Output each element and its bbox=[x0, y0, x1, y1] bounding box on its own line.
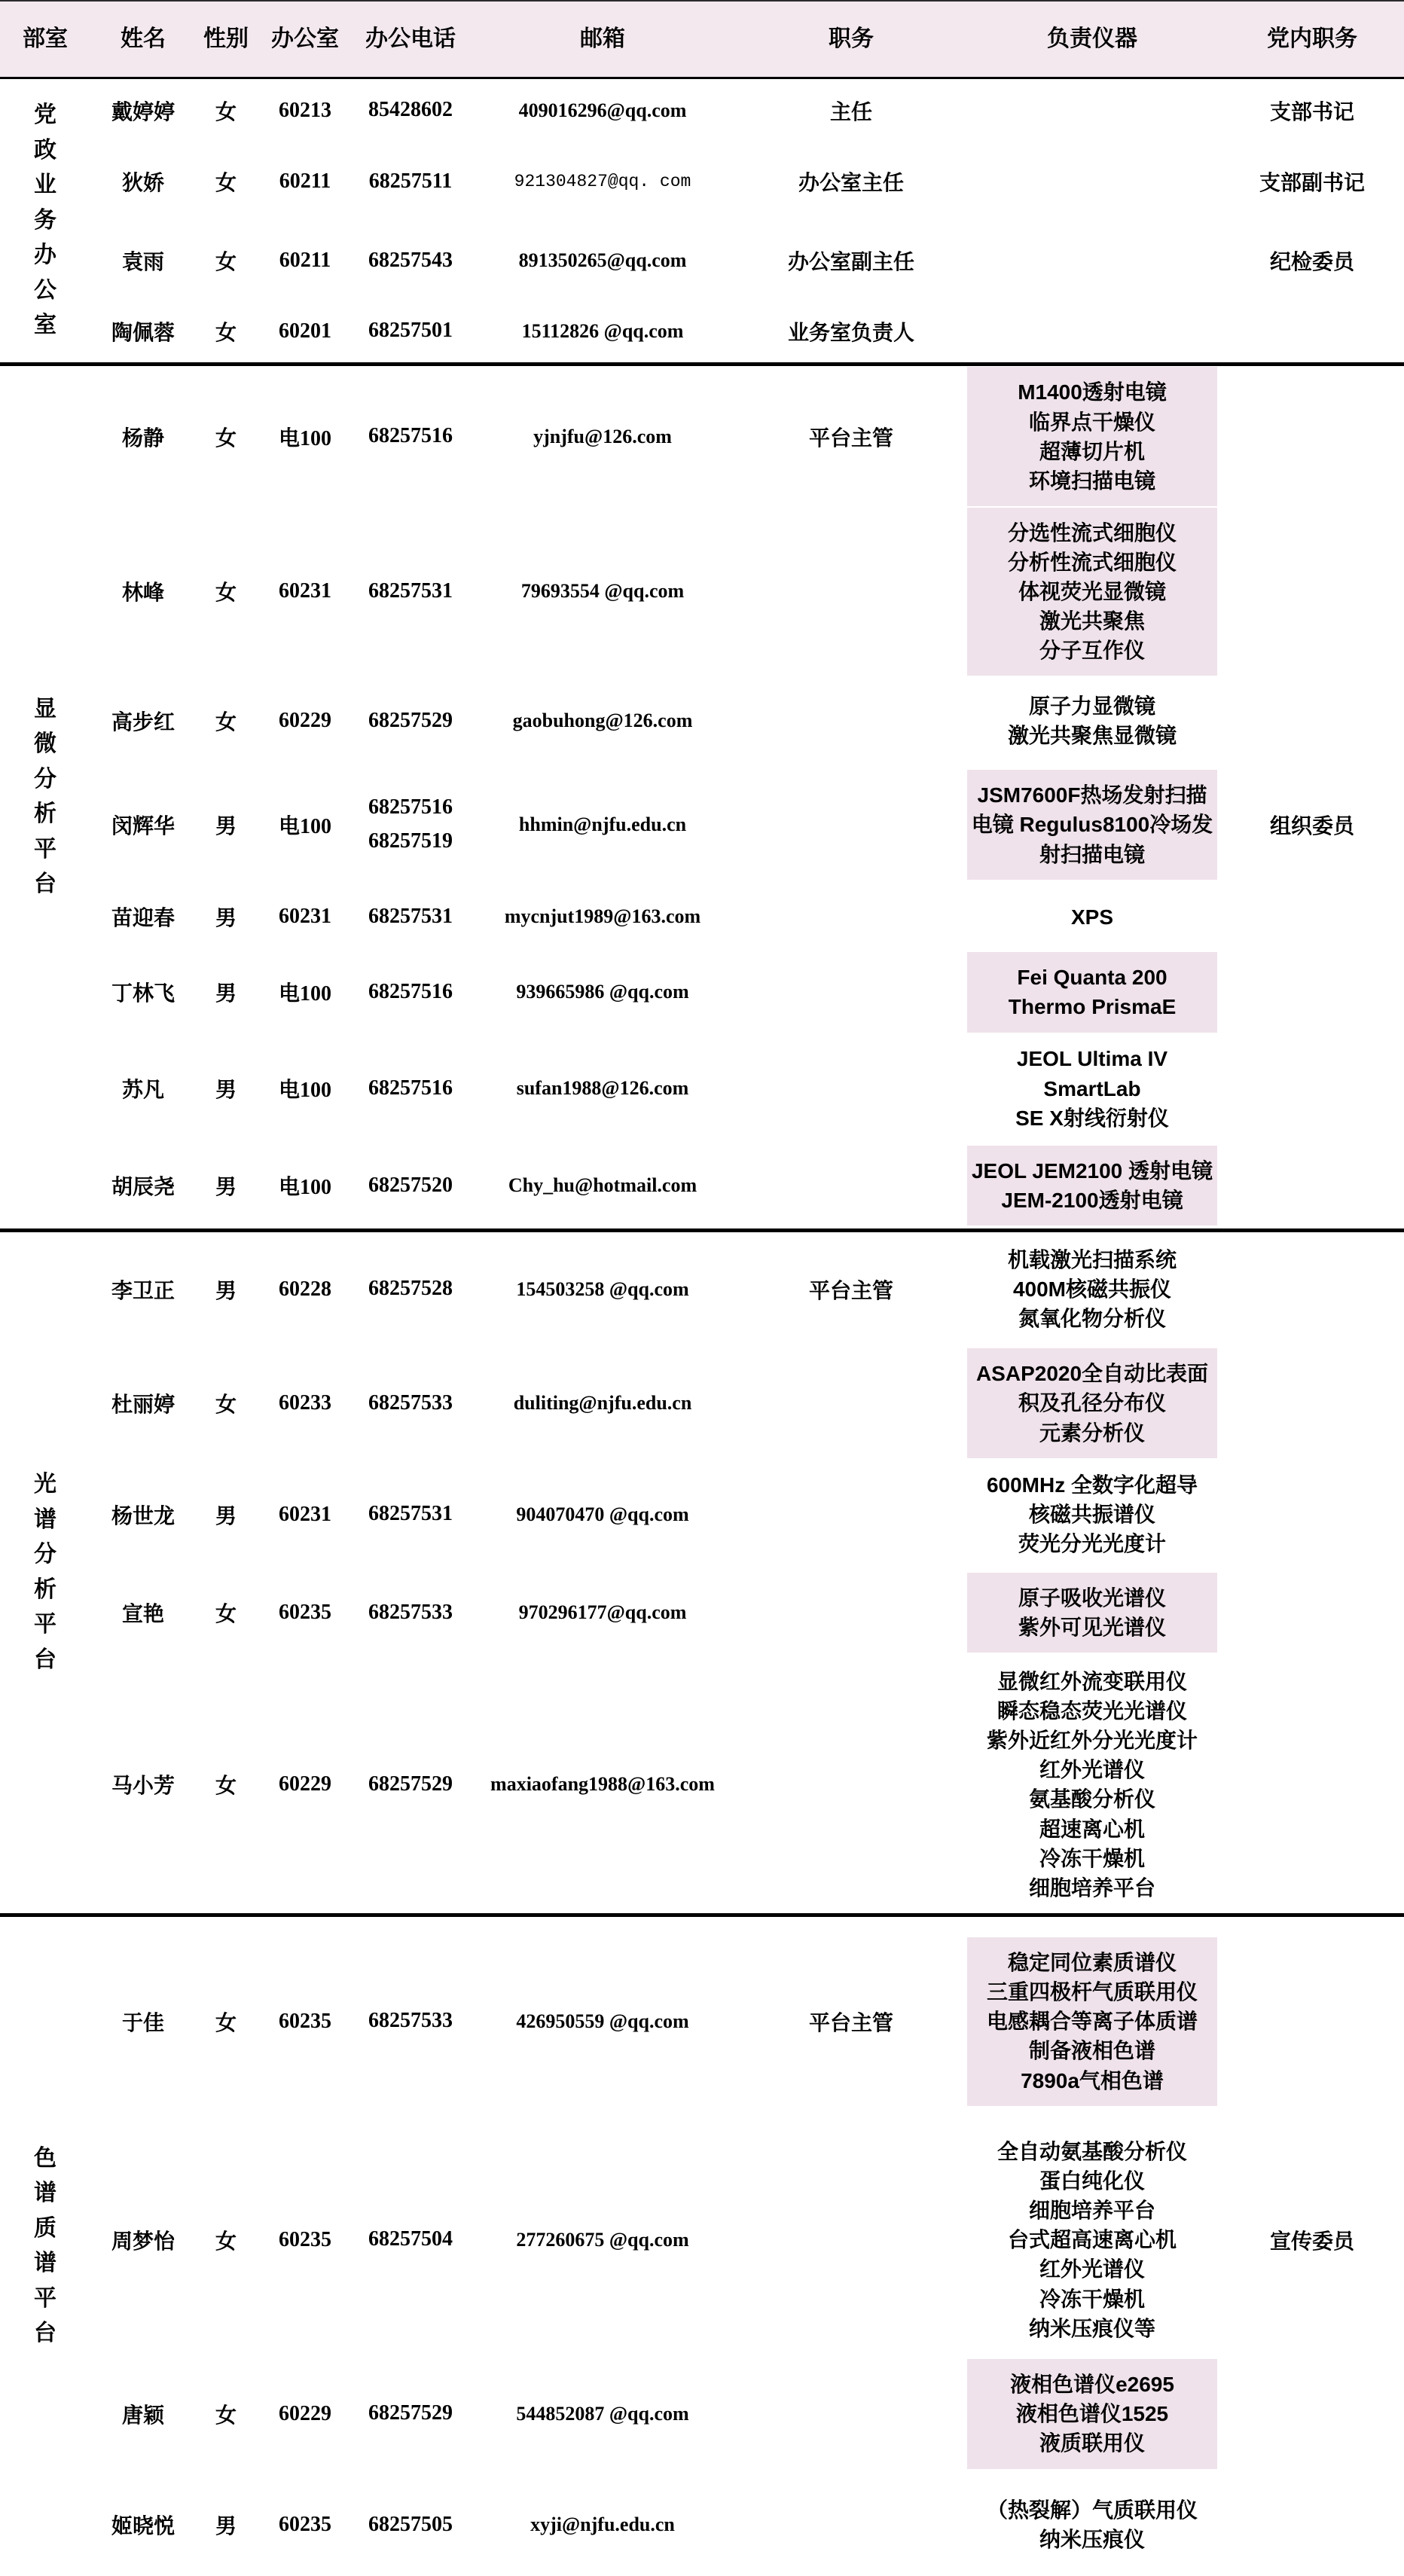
instruments-cell: JEOL JEM2100 透射电镜 JEM-2100透射电镜 bbox=[964, 1143, 1220, 1230]
gender: 女 bbox=[196, 2354, 256, 2474]
gender: 女 bbox=[196, 1347, 256, 1460]
table-row: 色谱质谱平台于佳女6023568257533426950559 @qq.com平… bbox=[0, 1915, 1404, 2126]
staff-name: 戴婷婷 bbox=[90, 78, 196, 142]
header-instruments: 负责仪器 bbox=[964, 1, 1220, 78]
instruments-list: XPS bbox=[967, 892, 1217, 942]
header-duty: 职务 bbox=[738, 1, 964, 78]
office-phone: 68257516 bbox=[354, 951, 467, 1033]
office-room: 60211 bbox=[256, 142, 354, 221]
office-phone: 68257516 bbox=[354, 365, 467, 508]
instruments-cell bbox=[964, 78, 1220, 142]
staff-name: 狄娇 bbox=[90, 142, 196, 221]
gender: 女 bbox=[196, 78, 256, 142]
email: Chy_hu@hotmail.com bbox=[467, 1143, 738, 1230]
duty: 平台主管 bbox=[738, 1230, 964, 1347]
instruments-list bbox=[967, 171, 1217, 192]
email: sufan1988@126.com bbox=[467, 1033, 738, 1143]
instruments-list bbox=[967, 321, 1217, 342]
header-department: 部室 bbox=[0, 1, 90, 78]
table-row: 林峰女602316825753179693554 @qq.com分选性流式细胞仪… bbox=[0, 508, 1404, 676]
email: 970296177@qq.com bbox=[467, 1570, 738, 1656]
party-duty bbox=[1220, 883, 1404, 951]
department-cell: 党政业务办公室 bbox=[0, 78, 90, 365]
instruments-cell: JEOL Ultima IV SmartLab SE X射线衍射仪 bbox=[964, 1033, 1220, 1143]
duty: 办公室副主任 bbox=[738, 221, 964, 301]
email: maxiaofang1988@163.com bbox=[467, 1656, 738, 1915]
instruments-cell: 600MHz 全数字化超导 核磁共振谱仪 荧光分光光度计 bbox=[964, 1460, 1220, 1570]
gender: 男 bbox=[196, 1460, 256, 1570]
gender: 男 bbox=[196, 766, 256, 883]
office-room: 60228 bbox=[256, 1230, 354, 1347]
table-row: 显微分析平台杨静女电10068257516yjnjfu@126.com平台主管M… bbox=[0, 365, 1404, 508]
party-duty bbox=[1220, 365, 1404, 508]
staff-name: 苏凡 bbox=[90, 1033, 196, 1143]
staff-name: 丁林飞 bbox=[90, 951, 196, 1033]
office-room: 60231 bbox=[256, 883, 354, 951]
department-cell: 光谱分析平台 bbox=[0, 1230, 90, 1915]
office-phone: 85428602 bbox=[354, 78, 467, 142]
table-row: 光谱分析平台李卫正男6022868257528154503258 @qq.com… bbox=[0, 1230, 1404, 1347]
office-phone: 68257504 bbox=[354, 2126, 467, 2354]
duty: 平台主管 bbox=[738, 365, 964, 508]
gender: 男 bbox=[196, 1033, 256, 1143]
party-duty bbox=[1220, 676, 1404, 766]
office-phone: 68257531 bbox=[354, 1460, 467, 1570]
office-room: 电100 bbox=[256, 1033, 354, 1143]
instruments-list: JEOL Ultima IV SmartLab SE X射线衍射仪 bbox=[967, 1033, 1217, 1143]
office-phone: 68257505 bbox=[354, 2474, 467, 2576]
instruments-list: 机载激光扫描系统 400M核磁共振仪 氮氧化物分析仪 bbox=[967, 1235, 1217, 1344]
table-row: 陶佩蓉女602016825750115112826 @qq.com业务室负责人 bbox=[0, 301, 1404, 365]
party-duty bbox=[1220, 1570, 1404, 1656]
department-label: 显微分析平台 bbox=[32, 692, 59, 902]
party-duty: 支部副书记 bbox=[1220, 142, 1404, 221]
gender: 女 bbox=[196, 142, 256, 221]
staff-name: 闵辉华 bbox=[90, 766, 196, 883]
staff-name: 袁雨 bbox=[90, 221, 196, 301]
office-room: 60235 bbox=[256, 2126, 354, 2354]
email: 154503258 @qq.com bbox=[467, 1230, 738, 1347]
email: 544852087 @qq.com bbox=[467, 2354, 738, 2474]
table-row: 周梦怡女6023568257504277260675 @qq.com全自动氨基酸… bbox=[0, 2126, 1404, 2354]
gender: 女 bbox=[196, 508, 256, 676]
party-duty: 支部书记 bbox=[1220, 78, 1404, 142]
instruments-cell: （热裂解）气质联用仪 纳米压痕仪 bbox=[964, 2474, 1220, 2576]
email: 409016296@qq.com bbox=[467, 78, 738, 142]
office-phone: 68257529 bbox=[354, 2354, 467, 2474]
instruments-cell: 原子力显微镜 激光共聚焦显微镜 bbox=[964, 676, 1220, 766]
table-row: 杜丽婷女6023368257533duliting@njfu.edu.cnASA… bbox=[0, 1347, 1404, 1460]
office-phone: 68257533 bbox=[354, 1347, 467, 1460]
party-duty: 纪检委员 bbox=[1220, 221, 1404, 301]
instruments-list: JSM7600F热场发射扫描 电镜 Regulus8100冷场发 射扫描电镜 bbox=[967, 770, 1217, 880]
table-row: 闵辉华男电10068257516 68257519hhmin@njfu.edu.… bbox=[0, 766, 1404, 883]
instruments-list: （热裂解）气质联用仪 纳米压痕仪 bbox=[967, 2485, 1217, 2565]
party-duty bbox=[1220, 1656, 1404, 1915]
duty bbox=[738, 2474, 964, 2576]
department-cell: 色谱质谱平台 bbox=[0, 1915, 90, 2576]
department-section: 色谱质谱平台于佳女6023568257533426950559 @qq.com平… bbox=[0, 1915, 1404, 2576]
instruments-cell bbox=[964, 301, 1220, 365]
department-label: 色谱质谱平台 bbox=[32, 2141, 59, 2352]
staff-name: 杨世龙 bbox=[90, 1460, 196, 1570]
instruments-cell: 显微红外流变联用仪 瞬态稳态荧光光谱仪 紫外近红外分光光度计 红外光谱仪 氨基酸… bbox=[964, 1656, 1220, 1915]
duty bbox=[738, 2354, 964, 2474]
instruments-cell: Fei Quanta 200 Thermo PrismaE bbox=[964, 951, 1220, 1033]
staff-name: 马小芳 bbox=[90, 1656, 196, 1915]
staff-name: 陶佩蓉 bbox=[90, 301, 196, 365]
office-phone: 68257528 bbox=[354, 1230, 467, 1347]
table-row: 胡辰尧男电10068257520Chy_hu@hotmail.comJEOL J… bbox=[0, 1143, 1404, 1230]
staff-name: 于佳 bbox=[90, 1915, 196, 2126]
office-room: 电100 bbox=[256, 951, 354, 1033]
duty bbox=[738, 1143, 964, 1230]
header-gender: 性别 bbox=[196, 1, 256, 78]
staff-name: 林峰 bbox=[90, 508, 196, 676]
staff-name: 苗迎春 bbox=[90, 883, 196, 951]
office-phone: 68257511 bbox=[354, 142, 467, 221]
email: 904070470 @qq.com bbox=[467, 1460, 738, 1570]
table-row: 狄娇女6021168257511921304827@qq. com办公室主任支部… bbox=[0, 142, 1404, 221]
gender: 女 bbox=[196, 301, 256, 365]
gender: 男 bbox=[196, 951, 256, 1033]
staff-name: 姬晓悦 bbox=[90, 2474, 196, 2576]
office-room: 60201 bbox=[256, 301, 354, 365]
instruments-cell: JSM7600F热场发射扫描 电镜 Regulus8100冷场发 射扫描电镜 bbox=[964, 766, 1220, 883]
office-room: 60229 bbox=[256, 2354, 354, 2474]
office-phone: 68257531 bbox=[354, 508, 467, 676]
instruments-cell: 机载激光扫描系统 400M核磁共振仪 氮氧化物分析仪 bbox=[964, 1230, 1220, 1347]
staff-name: 唐颖 bbox=[90, 2354, 196, 2474]
office-phone: 68257531 bbox=[354, 883, 467, 951]
instruments-cell: 稳定同位素质谱仪 三重四极杆气质联用仪 电感耦合等离子体质谱 制备液相色谱 78… bbox=[964, 1915, 1220, 2126]
table-row: 袁雨女6021168257543891350265@qq.com办公室副主任纪检… bbox=[0, 221, 1404, 301]
instruments-list: 原子力显微镜 激光共聚焦显微镜 bbox=[967, 681, 1217, 761]
office-phone: 68257529 bbox=[354, 1656, 467, 1915]
office-room: 60235 bbox=[256, 1570, 354, 1656]
email: xyji@njfu.edu.cn bbox=[467, 2474, 738, 2576]
table-row: 宣艳女6023568257533970296177@qq.com原子吸收光谱仪 … bbox=[0, 1570, 1404, 1656]
instruments-list: JEOL JEM2100 透射电镜 JEM-2100透射电镜 bbox=[967, 1146, 1217, 1225]
gender: 女 bbox=[196, 676, 256, 766]
instruments-list bbox=[967, 100, 1217, 121]
office-phone: 68257501 bbox=[354, 301, 467, 365]
email: 891350265@qq.com bbox=[467, 221, 738, 301]
office-room: 60231 bbox=[256, 508, 354, 676]
email: 921304827@qq. com bbox=[467, 142, 738, 221]
duty bbox=[738, 1656, 964, 1915]
instruments-cell bbox=[964, 142, 1220, 221]
department-section: 光谱分析平台李卫正男6022868257528154503258 @qq.com… bbox=[0, 1230, 1404, 1915]
instruments-list: 显微红外流变联用仪 瞬态稳态荧光光谱仪 紫外近红外分光光度计 红外光谱仪 氨基酸… bbox=[967, 1656, 1217, 1914]
table-row: 苏凡男电10068257516sufan1988@126.comJEOL Ult… bbox=[0, 1033, 1404, 1143]
email: hhmin@njfu.edu.cn bbox=[467, 766, 738, 883]
instruments-cell bbox=[964, 221, 1220, 301]
office-phone: 68257520 bbox=[354, 1143, 467, 1230]
staff-name: 杨静 bbox=[90, 365, 196, 508]
email: 15112826 @qq.com bbox=[467, 301, 738, 365]
email: yjnjfu@126.com bbox=[467, 365, 738, 508]
duty: 办公室主任 bbox=[738, 142, 964, 221]
header-name: 姓名 bbox=[90, 1, 196, 78]
instruments-list: 全自动氨基酸分析仪 蛋白纯化仪 细胞培养平台 台式超高速离心机 红外光谱仪 冷冻… bbox=[967, 2126, 1217, 2354]
department-section: 显微分析平台杨静女电10068257516yjnjfu@126.com平台主管M… bbox=[0, 365, 1404, 1231]
office-room: 电100 bbox=[256, 1143, 354, 1230]
party-duty bbox=[1220, 2474, 1404, 2576]
header-party-duty: 党内职务 bbox=[1220, 1, 1404, 78]
instruments-cell: 全自动氨基酸分析仪 蛋白纯化仪 细胞培养平台 台式超高速离心机 红外光谱仪 冷冻… bbox=[964, 2126, 1220, 2354]
gender: 女 bbox=[196, 365, 256, 508]
instruments-list: 稳定同位素质谱仪 三重四极杆气质联用仪 电感耦合等离子体质谱 制备液相色谱 78… bbox=[967, 1937, 1217, 2106]
staff-name: 李卫正 bbox=[90, 1230, 196, 1347]
party-duty bbox=[1220, 1033, 1404, 1143]
party-duty bbox=[1220, 1915, 1404, 2126]
table-row: 马小芳女6022968257529maxiaofang1988@163.com显… bbox=[0, 1656, 1404, 1915]
office-phone: 68257516 bbox=[354, 1033, 467, 1143]
office-room: 60229 bbox=[256, 676, 354, 766]
gender: 女 bbox=[196, 221, 256, 301]
header-office: 办公室 bbox=[256, 1, 354, 78]
office-room: 60235 bbox=[256, 2474, 354, 2576]
email: 426950559 @qq.com bbox=[467, 1915, 738, 2126]
office-phone: 68257533 bbox=[354, 1915, 467, 2126]
instruments-list: M1400透射电镜 临界点干燥仪 超薄切片机 环境扫描电镜 bbox=[967, 367, 1217, 506]
office-room: 60229 bbox=[256, 1656, 354, 1915]
office-room: 电100 bbox=[256, 766, 354, 883]
party-duty bbox=[1220, 301, 1404, 365]
duty bbox=[738, 766, 964, 883]
header-email: 邮箱 bbox=[467, 1, 738, 78]
duty bbox=[738, 883, 964, 951]
instruments-cell: 分选性流式细胞仪 分析性流式细胞仪 体视荧光显微镜 激光共聚焦 分子互作仪 bbox=[964, 508, 1220, 676]
department-section: 党政业务办公室戴婷婷女6021385428602409016296@qq.com… bbox=[0, 78, 1404, 365]
party-duty bbox=[1220, 508, 1404, 676]
email: mycnjut1989@163.com bbox=[467, 883, 738, 951]
instruments-list bbox=[967, 250, 1217, 271]
duty bbox=[738, 1347, 964, 1460]
instruments-cell: XPS bbox=[964, 883, 1220, 951]
instruments-list: 原子吸收光谱仪 紫外可见光谱仪 bbox=[967, 1573, 1217, 1653]
email: 79693554 @qq.com bbox=[467, 508, 738, 676]
table-row: 杨世龙男6023168257531904070470 @qq.com600MHz… bbox=[0, 1460, 1404, 1570]
table-header: 部室 姓名 性别 办公室 办公电话 邮箱 职务 负责仪器 党内职务 bbox=[0, 1, 1404, 78]
gender: 女 bbox=[196, 1570, 256, 1656]
duty bbox=[738, 1033, 964, 1143]
instruments-list: 液相色谱仪e2695 液相色谱仪1525 液质联用仪 bbox=[967, 2359, 1217, 2469]
instruments-cell: ASAP2020全自动比表面 积及孔径分布仪 元素分析仪 bbox=[964, 1347, 1220, 1460]
email: gaobuhong@126.com bbox=[467, 676, 738, 766]
instruments-list: 分选性流式细胞仪 分析性流式细胞仪 体视荧光显微镜 激光共聚焦 分子互作仪 bbox=[967, 508, 1217, 676]
party-duty bbox=[1220, 1230, 1404, 1347]
office-phone: 68257543 bbox=[354, 221, 467, 301]
party-duty bbox=[1220, 1460, 1404, 1570]
table-row: 党政业务办公室戴婷婷女6021385428602409016296@qq.com… bbox=[0, 78, 1404, 142]
office-room: 60233 bbox=[256, 1347, 354, 1460]
email: duliting@njfu.edu.cn bbox=[467, 1347, 738, 1460]
office-room: 60235 bbox=[256, 1915, 354, 2126]
duty: 业务室负责人 bbox=[738, 301, 964, 365]
gender: 男 bbox=[196, 883, 256, 951]
department-label: 党政业务办公室 bbox=[32, 98, 59, 343]
gender: 男 bbox=[196, 1230, 256, 1347]
staff-name: 宣艳 bbox=[90, 1570, 196, 1656]
duty bbox=[738, 1460, 964, 1570]
staff-name: 胡辰尧 bbox=[90, 1143, 196, 1230]
duty: 主任 bbox=[738, 78, 964, 142]
staff-name: 周梦怡 bbox=[90, 2126, 196, 2354]
staff-table: 部室 姓名 性别 办公室 办公电话 邮箱 职务 负责仪器 党内职务 党政业务办公… bbox=[0, 0, 1404, 2576]
duty bbox=[738, 2126, 964, 2354]
duty: 平台主管 bbox=[738, 1915, 964, 2126]
party-duty bbox=[1220, 1143, 1404, 1230]
gender: 女 bbox=[196, 2126, 256, 2354]
gender: 男 bbox=[196, 2474, 256, 2576]
instruments-list: 600MHz 全数字化超导 核磁共振谱仪 荧光分光光度计 bbox=[967, 1460, 1217, 1570]
instruments-list: Fei Quanta 200 Thermo PrismaE bbox=[967, 952, 1217, 1032]
email: 277260675 @qq.com bbox=[467, 2126, 738, 2354]
gender: 女 bbox=[196, 1915, 256, 2126]
table-row: 姬晓悦男6023568257505xyji@njfu.edu.cn（热裂解）气质… bbox=[0, 2474, 1404, 2576]
office-room: 60213 bbox=[256, 78, 354, 142]
instruments-cell: 原子吸收光谱仪 紫外可见光谱仪 bbox=[964, 1570, 1220, 1656]
header-office-phone: 办公电话 bbox=[354, 1, 467, 78]
duty bbox=[738, 676, 964, 766]
instruments-cell: M1400透射电镜 临界点干燥仪 超薄切片机 环境扫描电镜 bbox=[964, 365, 1220, 508]
table-row: 唐颖女6022968257529544852087 @qq.com液相色谱仪e2… bbox=[0, 2354, 1404, 2474]
table-row: 高步红女6022968257529gaobuhong@126.com原子力显微镜… bbox=[0, 676, 1404, 766]
office-room: 60211 bbox=[256, 221, 354, 301]
duty bbox=[738, 1570, 964, 1656]
gender: 男 bbox=[196, 1143, 256, 1230]
party-duty: 组织委员 bbox=[1220, 766, 1404, 883]
department-cell: 显微分析平台 bbox=[0, 365, 90, 1231]
office-phone: 68257533 bbox=[354, 1570, 467, 1656]
gender: 女 bbox=[196, 1656, 256, 1915]
office-phone: 68257529 bbox=[354, 676, 467, 766]
table-row: 丁林飞男电10068257516939665986 @qq.comFei Qua… bbox=[0, 951, 1404, 1033]
staff-name: 杜丽婷 bbox=[90, 1347, 196, 1460]
email: 939665986 @qq.com bbox=[467, 951, 738, 1033]
party-duty: 宣传委员 bbox=[1220, 2126, 1404, 2354]
staff-name: 高步红 bbox=[90, 676, 196, 766]
office-room: 60231 bbox=[256, 1460, 354, 1570]
duty bbox=[738, 508, 964, 676]
duty bbox=[738, 951, 964, 1033]
party-duty bbox=[1220, 2354, 1404, 2474]
instruments-list: ASAP2020全自动比表面 积及孔径分布仪 元素分析仪 bbox=[967, 1348, 1217, 1458]
office-room: 电100 bbox=[256, 365, 354, 508]
header-row: 部室 姓名 性别 办公室 办公电话 邮箱 职务 负责仪器 党内职务 bbox=[0, 1, 1404, 78]
instruments-cell: 液相色谱仪e2695 液相色谱仪1525 液质联用仪 bbox=[964, 2354, 1220, 2474]
department-label: 光谱分析平台 bbox=[32, 1467, 59, 1677]
party-duty bbox=[1220, 951, 1404, 1033]
party-duty bbox=[1220, 1347, 1404, 1460]
table-row: 苗迎春男6023168257531mycnjut1989@163.comXPS bbox=[0, 883, 1404, 951]
office-phone: 68257516 68257519 bbox=[354, 766, 467, 883]
